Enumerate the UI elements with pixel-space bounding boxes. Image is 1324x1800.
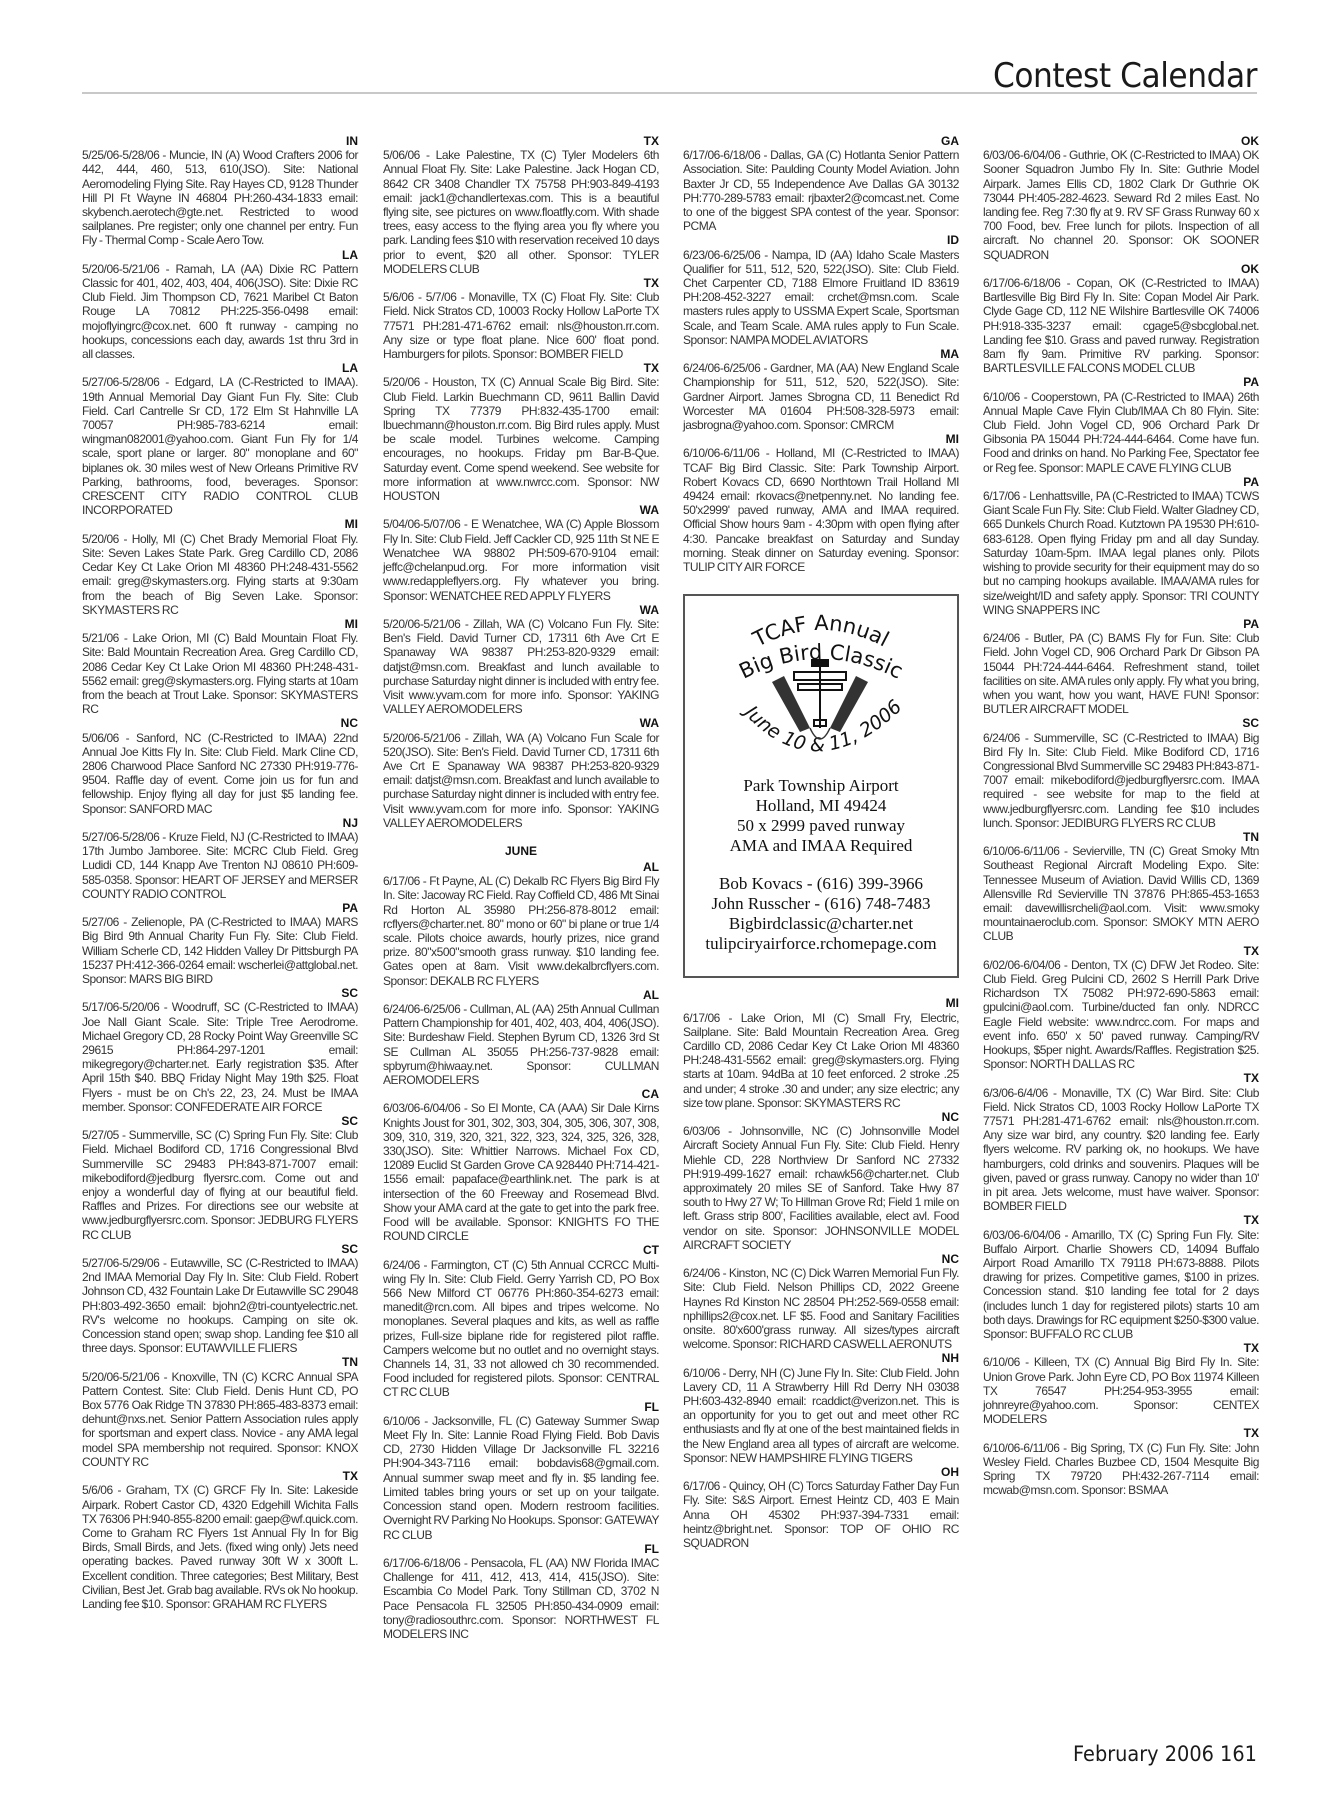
ad-contact: John Russcher - (616) 748-7483	[693, 894, 949, 914]
state-label: PA	[82, 901, 358, 915]
state-label: WA	[383, 503, 659, 517]
state-label: TX	[983, 1426, 1259, 1440]
state-label: PA	[983, 375, 1259, 389]
entry-text: 6/24/06-6/25/06 - Cullman, AL (AA) 25th …	[383, 1002, 659, 1087]
calendar-entry: SC5/27/06-5/29/06 - Eutawville, SC (C-Re…	[82, 1242, 358, 1356]
entry-text: 6/10/06-6/11/06 - Sevierville, TN (C) Gr…	[983, 844, 1259, 943]
calendar-entry: NH6/10/06 - Derry, NH (C) June Fly In. S…	[683, 1351, 959, 1465]
calendar-entry: TX6/10/06 - Killeen, TX (C) Annual Big B…	[983, 1341, 1259, 1426]
entry-text: 6/10/06 - Cooperstown, PA (C-Restricted …	[983, 390, 1259, 475]
entry-text: 5/20/06-5/21/06 - Zillah, WA (C) Volcano…	[383, 617, 659, 716]
calendar-entry: AL6/24/06-6/25/06 - Cullman, AL (AA) 25t…	[383, 988, 659, 1087]
calendar-entry: AL6/17/06 - Ft Payne, AL (C) Dekalb RC F…	[383, 860, 659, 988]
entry-text: 6/10/06-6/11/06 - Holland, MI (C-Restric…	[683, 446, 959, 574]
entry-text: 5/27/06 - Zelienople, PA (C-Restricted t…	[82, 915, 358, 986]
calendar-entry: TX6/3/06-6/4/06 - Monaville, TX (C) War …	[983, 1071, 1259, 1213]
calendar-entry: SC5/27/05 - Summerville, SC (C) Spring F…	[82, 1114, 358, 1242]
entry-text: 6/10/06 - Killeen, TX (C) Annual Big Bir…	[983, 1355, 1259, 1426]
calendar-entry: SC6/24/06 - Summerville, SC (C-Restricte…	[983, 716, 1259, 830]
state-label: CA	[383, 1087, 659, 1101]
state-label: NC	[683, 1252, 959, 1266]
entry-text: 5/20/06-5/21/06 - Zillah, WA (A) Volcano…	[383, 731, 659, 830]
entry-text: 6/10/06-6/11/06 - Big Spring, TX (C) Fun…	[983, 1441, 1259, 1498]
state-label: SC	[983, 716, 1259, 730]
state-label: TN	[82, 1355, 358, 1369]
state-label: ID	[683, 233, 959, 247]
entry-text: 6/24/06 - Summerville, SC (C-Restricted …	[983, 731, 1259, 830]
calendar-entry: OH6/17/06 - Quincy, OH (C) Torcs Saturda…	[683, 1465, 959, 1550]
state-label: NC	[683, 1110, 959, 1124]
calendar-entry: LA5/27/06-5/28/06 - Edgard, LA (C-Restri…	[82, 361, 358, 517]
calendar-entry: CT6/24/06 - Farmington, CT (C) 5th Annua…	[383, 1243, 659, 1399]
calendar-entry: TN5/20/06-5/21/06 - Knoxville, TN (C) KC…	[82, 1355, 358, 1469]
state-label: TX	[983, 1213, 1259, 1227]
calendar-entry: FL6/10/06 - Jacksonville, FL (C) Gateway…	[383, 1400, 659, 1542]
state-label: MI	[82, 517, 358, 531]
entry-text: 5/06/06 - Lake Palestine, TX (C) Tyler M…	[383, 148, 659, 276]
calendar-entry: PA6/24/06 - Butler, PA (C) BAMS Fly for …	[983, 617, 1259, 716]
calendar-column-1: IN5/25/06-5/28/06 - Muncie, IN (A) Wood …	[82, 134, 358, 1611]
entry-text: 6/17/06 - Lake Orion, MI (C) Small Fry, …	[683, 1011, 959, 1110]
calendar-entry: PA6/17/06 - Lenhattsville, PA (C-Restric…	[983, 475, 1259, 617]
entry-text: 6/17/06-6/18/06 - Pensacola, FL (AA) NW …	[383, 1556, 659, 1641]
state-label: FL	[383, 1400, 659, 1414]
calendar-entry: MI5/20/06 - Holly, MI (C) Chet Brady Mem…	[82, 517, 358, 616]
calendar-entry: NC6/24/06 - Kinston, NC (C) Dick Warren …	[683, 1252, 959, 1351]
entry-text: 6/24/06-6/25/06 - Gardner, MA (AA) New E…	[683, 361, 959, 432]
entry-text: 6/17/06 - Quincy, OH (C) Torcs Saturday …	[683, 1479, 959, 1550]
state-label: PA	[983, 617, 1259, 631]
entry-text: 5/20/06-5/21/06 - Knoxville, TN (C) KCRC…	[82, 1370, 358, 1469]
entry-text: 6/24/06 - Farmington, CT (C) 5th Annual …	[383, 1258, 659, 1400]
state-label: AL	[383, 860, 659, 874]
calendar-entry: TX6/02/06-6/04/06 - Denton, TX (C) DFW J…	[983, 944, 1259, 1072]
state-label: NH	[683, 1351, 959, 1365]
entry-text: 6/02/06-6/04/06 - Denton, TX (C) DFW Jet…	[983, 958, 1259, 1072]
calendar-entry: PA6/10/06 - Cooperstown, PA (C-Restricte…	[983, 375, 1259, 474]
calendar-entry: TX6/10/06-6/11/06 - Big Spring, TX (C) F…	[983, 1426, 1259, 1497]
state-label: GA	[683, 134, 959, 148]
entry-text: 6/03/06-6/04/06 - Guthrie, OK (C-Restric…	[983, 148, 1259, 262]
entry-text: 6/03/06 - Johnsonville, NC (C) Johnsonvi…	[683, 1124, 959, 1252]
entry-text: 5/20/06-5/21/06 - Ramah, LA (AA) Dixie R…	[82, 262, 358, 361]
ad-runway: 50 x 2999 paved runway	[693, 816, 949, 836]
calendar-entry: GA6/17/06-6/18/06 - Dallas, GA (C) Hotla…	[683, 134, 959, 233]
calendar-entry: TX6/03/06-6/04/06 - Amarillo, TX (C) Spr…	[983, 1213, 1259, 1341]
ad-location: Holland, MI 49424	[693, 796, 949, 816]
calendar-entry: MI5/21/06 - Lake Orion, MI (C) Bald Moun…	[82, 617, 358, 716]
entry-text: 5/20/06 - Houston, TX (C) Annual Scale B…	[383, 375, 659, 503]
calendar-entry: SC5/17/06-5/20/06 - Woodruff, SC (C-Rest…	[82, 986, 358, 1114]
state-label: PA	[983, 475, 1259, 489]
calendar-entry: PA5/27/06 - Zelienople, PA (C-Restricted…	[82, 901, 358, 986]
calendar-entry: NC6/03/06 - Johnsonville, NC (C) Johnson…	[683, 1110, 959, 1252]
entry-text: 5/25/06-5/28/06 - Muncie, IN (A) Wood Cr…	[82, 148, 358, 247]
calendar-entry: WA5/04/06-5/07/06 - E Wenatchee, WA (C) …	[383, 503, 659, 602]
calendar-entry: ID6/23/06-6/25/06 - Nampa, ID (AA) Idaho…	[683, 233, 959, 347]
calendar-entry: MA6/24/06-6/25/06 - Gardner, MA (AA) New…	[683, 347, 959, 432]
calendar-entry: TX5/06/06 - Lake Palestine, TX (C) Tyler…	[383, 134, 659, 276]
state-label: NJ	[82, 816, 358, 830]
state-label: OH	[683, 1465, 959, 1479]
big-bird-classic-ad: TCAF Annual Big Bird Classic June 10 & 1…	[683, 594, 959, 978]
calendar-entry: CA6/03/06-6/04/06 - So El Monte, CA (AAA…	[383, 1087, 659, 1243]
calendar-column-2: TX5/06/06 - Lake Palestine, TX (C) Tyler…	[383, 134, 659, 1641]
state-label: SC	[82, 986, 358, 1000]
state-label: TX	[983, 944, 1259, 958]
entry-text: 6/17/06-6/18/06 - Dallas, GA (C) Hotlant…	[683, 148, 959, 233]
entry-text: 5/27/06-5/28/06 - Edgard, LA (C-Restrict…	[82, 375, 358, 517]
entry-text: 5/27/06-5/29/06 - Eutawville, SC (C-Rest…	[82, 1256, 358, 1355]
entry-text: 5/06/06 - Sanford, NC (C-Restricted to I…	[82, 731, 358, 816]
entry-text: 5/27/05 - Summerville, SC (C) Spring Fun…	[82, 1128, 358, 1242]
entry-text: 6/3/06-6/4/06 - Monaville, TX (C) War Bi…	[983, 1086, 1259, 1214]
state-label: TX	[983, 1341, 1259, 1355]
state-label: SC	[82, 1114, 358, 1128]
entry-text: 6/10/06 - Jacksonville, FL (C) Gateway S…	[383, 1414, 659, 1542]
state-label: MA	[683, 347, 959, 361]
page-title: Contest Calendar	[993, 56, 1257, 96]
state-label: OK	[983, 262, 1259, 276]
state-label: MI	[683, 432, 959, 446]
calendar-entry: TX5/6/06 - 5/7/06 - Monaville, TX (C) Fl…	[383, 276, 659, 361]
biplane-logo-icon: TCAF Annual Big Bird Classic June 10 & 1…	[706, 610, 936, 770]
ad-requirement: AMA and IMAA Required	[693, 836, 949, 856]
calendar-entry: NC5/06/06 - Sanford, NC (C-Restricted to…	[82, 716, 358, 815]
state-label: MI	[683, 996, 959, 1010]
state-label: FL	[383, 1542, 659, 1556]
state-label: IN	[82, 134, 358, 148]
calendar-column-3: GA6/17/06-6/18/06 - Dallas, GA (C) Hotla…	[683, 134, 959, 1550]
calendar-entry: LA5/20/06-5/21/06 - Ramah, LA (AA) Dixie…	[82, 248, 358, 362]
entry-text: 6/03/06-6/04/06 - Amarillo, TX (C) Sprin…	[983, 1228, 1259, 1342]
entry-text: 5/6/06 - Graham, TX (C) GRCF Fly In. Sit…	[82, 1483, 358, 1611]
state-label: TX	[383, 276, 659, 290]
header-rule	[82, 92, 1257, 94]
entry-text: 5/27/06-5/28/06 - Kruze Field, NJ (C-Res…	[82, 830, 358, 901]
entry-text: 6/10/06 - Derry, NH (C) June Fly In. Sit…	[683, 1366, 959, 1465]
calendar-entry: IN5/25/06-5/28/06 - Muncie, IN (A) Wood …	[82, 134, 358, 248]
state-label: WA	[383, 716, 659, 730]
state-label: AL	[383, 988, 659, 1002]
state-label: NC	[82, 716, 358, 730]
entry-text: 6/23/06-6/25/06 - Nampa, ID (AA) Idaho S…	[683, 248, 959, 347]
calendar-entry: TX5/20/06 - Houston, TX (C) Annual Scale…	[383, 361, 659, 503]
calendar-entry: MI6/17/06 - Lake Orion, MI (C) Small Fry…	[683, 996, 959, 1110]
entry-text: 6/17/06 - Lenhattsville, PA (C-Restricte…	[983, 489, 1259, 617]
state-label: LA	[82, 248, 358, 262]
calendar-entry: MI6/10/06-6/11/06 - Holland, MI (C-Restr…	[683, 432, 959, 574]
state-label: WA	[383, 603, 659, 617]
entry-text: 5/21/06 - Lake Orion, MI (C) Bald Mounta…	[82, 631, 358, 716]
calendar-entry: NJ5/27/06-5/28/06 - Kruze Field, NJ (C-R…	[82, 816, 358, 901]
month-heading: JUNE	[383, 844, 659, 858]
calendar-entry: WA5/20/06-5/21/06 - Zillah, WA (A) Volca…	[383, 716, 659, 830]
state-label: TX	[383, 134, 659, 148]
ad-contact: Bob Kovacs - (616) 399-3966	[693, 874, 949, 894]
state-label: MI	[82, 617, 358, 631]
state-label: TX	[383, 361, 659, 375]
state-label: TN	[983, 830, 1259, 844]
page-footer: February 2006 161	[1073, 1742, 1257, 1766]
state-label: SC	[82, 1242, 358, 1256]
calendar-entry: OK6/03/06-6/04/06 - Guthrie, OK (C-Restr…	[983, 134, 1259, 262]
entry-text: 6/03/06-6/04/06 - So El Monte, CA (AAA) …	[383, 1101, 659, 1243]
entry-text: 6/17/06-6/18/06 - Copan, OK (C-Restricte…	[983, 276, 1259, 375]
calendar-entry: FL6/17/06-6/18/06 - Pensacola, FL (AA) N…	[383, 1542, 659, 1641]
state-label: CT	[383, 1243, 659, 1257]
entry-text: 5/20/06 - Holly, MI (C) Chet Brady Memor…	[82, 532, 358, 617]
calendar-column-4: OK6/03/06-6/04/06 - Guthrie, OK (C-Restr…	[983, 134, 1259, 1498]
entry-text: 6/17/06 - Ft Payne, AL (C) Dekalb RC Fly…	[383, 874, 659, 988]
state-label: TX	[82, 1469, 358, 1483]
entry-text: 5/6/06 - 5/7/06 - Monaville, TX (C) Floa…	[383, 290, 659, 361]
entry-text: 6/24/06 - Butler, PA (C) BAMS Fly for Fu…	[983, 631, 1259, 716]
state-label: OK	[983, 134, 1259, 148]
ad-venue: Park Township Airport	[693, 776, 949, 796]
entry-text: 5/04/06-5/07/06 - E Wenatchee, WA (C) Ap…	[383, 517, 659, 602]
calendar-entry: TN6/10/06-6/11/06 - Sevierville, TN (C) …	[983, 830, 1259, 944]
calendar-entry: WA5/20/06-5/21/06 - Zillah, WA (C) Volca…	[383, 603, 659, 717]
calendar-entry: TX5/6/06 - Graham, TX (C) GRCF Fly In. S…	[82, 1469, 358, 1611]
state-label: LA	[82, 361, 358, 375]
calendar-entry: OK6/17/06-6/18/06 - Copan, OK (C-Restric…	[983, 262, 1259, 376]
ad-email: Bigbirdclassic@charter.net	[693, 914, 949, 934]
state-label: TX	[983, 1071, 1259, 1085]
entry-text: 5/17/06-5/20/06 - Woodruff, SC (C-Restri…	[82, 1000, 358, 1114]
entry-text: 6/24/06 - Kinston, NC (C) Dick Warren Me…	[683, 1266, 959, 1351]
ad-website: tulipciryairforce.rchomepage.com	[693, 934, 949, 954]
